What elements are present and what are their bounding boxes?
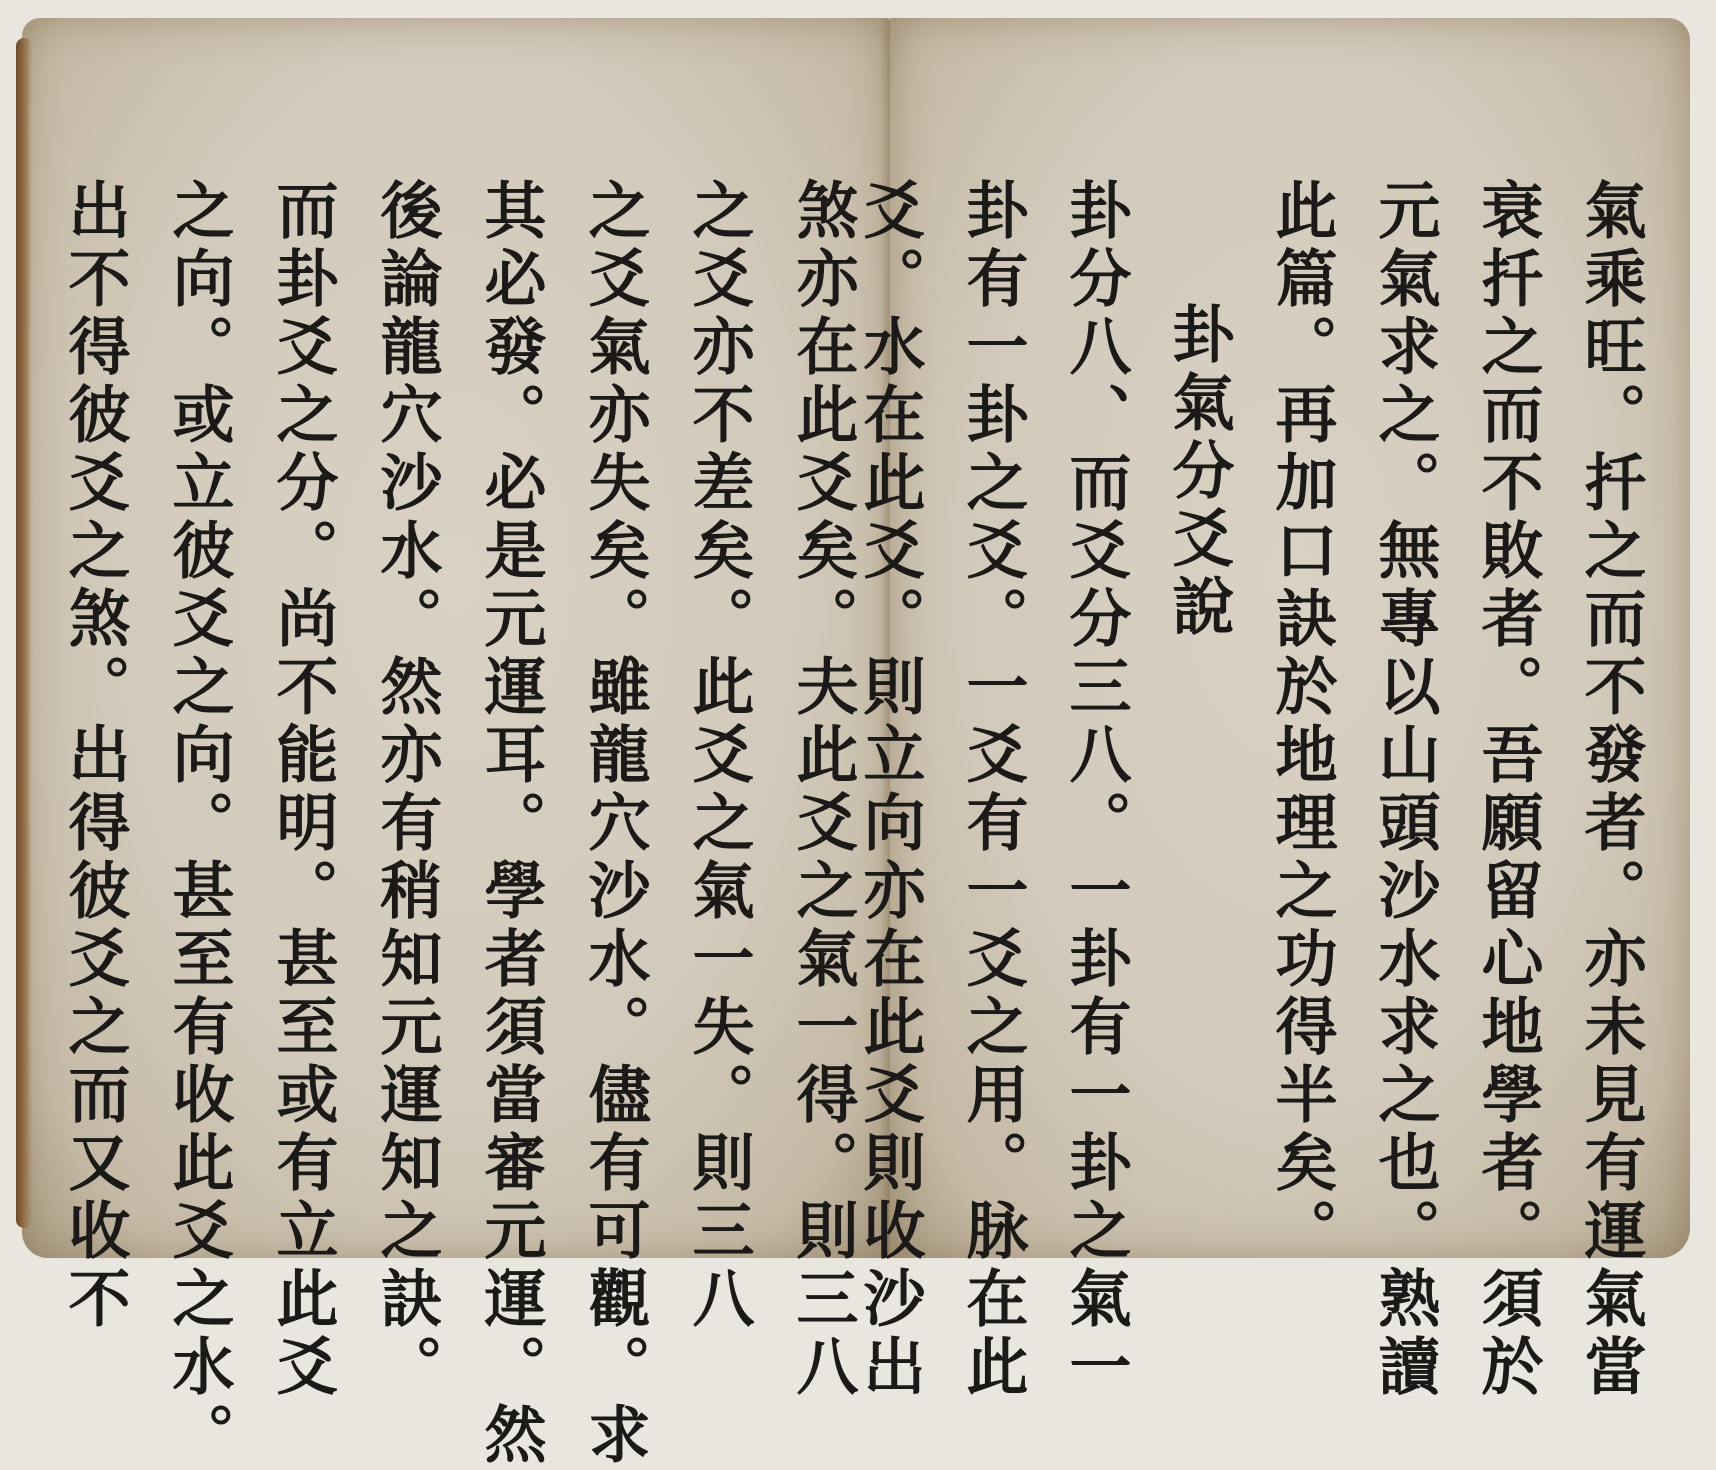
text-column: 之向。或立彼爻之向。甚至有收此爻之水。 — [146, 178, 250, 1288]
section-title: 卦氣分爻說 — [1147, 178, 1250, 1288]
left-page-columns: 煞亦在此爻矣。夫此爻之氣一得。則三八 之爻亦不差矣。此爻之氣一失。則三八 之爻氣… — [42, 178, 874, 1288]
text-column: 其必發。必是元運耳。學者須當審元運。然 — [458, 178, 562, 1288]
text-column: 元氣求之。無專以山頭沙水求之也。熟讀 — [1353, 178, 1456, 1288]
text-column: 而卦爻之分。尚不能明。甚至或有立此爻 — [250, 178, 354, 1288]
open-book: 煞亦在此爻矣。夫此爻之氣一得。則三八 之爻亦不差矣。此爻之氣一失。則三八 之爻氣… — [22, 18, 1692, 1266]
text-column: 氣乘旺。扦之而不發者。亦未見有運氣當 — [1559, 178, 1662, 1288]
text-column: 之爻亦不差矣。此爻之氣一失。則三八 — [666, 178, 770, 1288]
right-page: 氣乘旺。扦之而不發者。亦未見有運氣當 衰扦之而不敗者。吾願留心地學者。須於 元氣… — [890, 18, 1690, 1258]
text-column: 卦有一卦之爻。一爻有一爻之用。脉在此 — [941, 178, 1044, 1288]
text-column: 衰扦之而不敗者。吾願留心地學者。須於 — [1456, 178, 1559, 1288]
text-column: 爻。水在此爻。則立向亦在此爻則收沙出 — [838, 178, 941, 1288]
text-column: 卦分八、而爻分三八。一卦有一卦之氣一 — [1044, 178, 1147, 1288]
right-page-columns: 氣乘旺。扦之而不發者。亦未見有運氣當 衰扦之而不敗者。吾願留心地學者。須於 元氣… — [838, 178, 1662, 1288]
text-column: 後論龍穴沙水。然亦有稍知元運知之訣。 — [354, 178, 458, 1288]
page-edge-stain — [16, 38, 32, 1228]
text-column: 之爻氣亦失矣。雖龍穴沙水。儘有可觀。求 — [562, 178, 666, 1288]
left-page: 煞亦在此爻矣。夫此爻之氣一得。則三八 之爻亦不差矣。此爻之氣一失。則三八 之爻氣… — [22, 18, 890, 1258]
text-column: 出不得彼爻之煞。出得彼爻之而又收不 — [42, 178, 146, 1288]
text-column: 此篇。再加口訣於地理之功得半矣。 — [1250, 178, 1353, 1288]
